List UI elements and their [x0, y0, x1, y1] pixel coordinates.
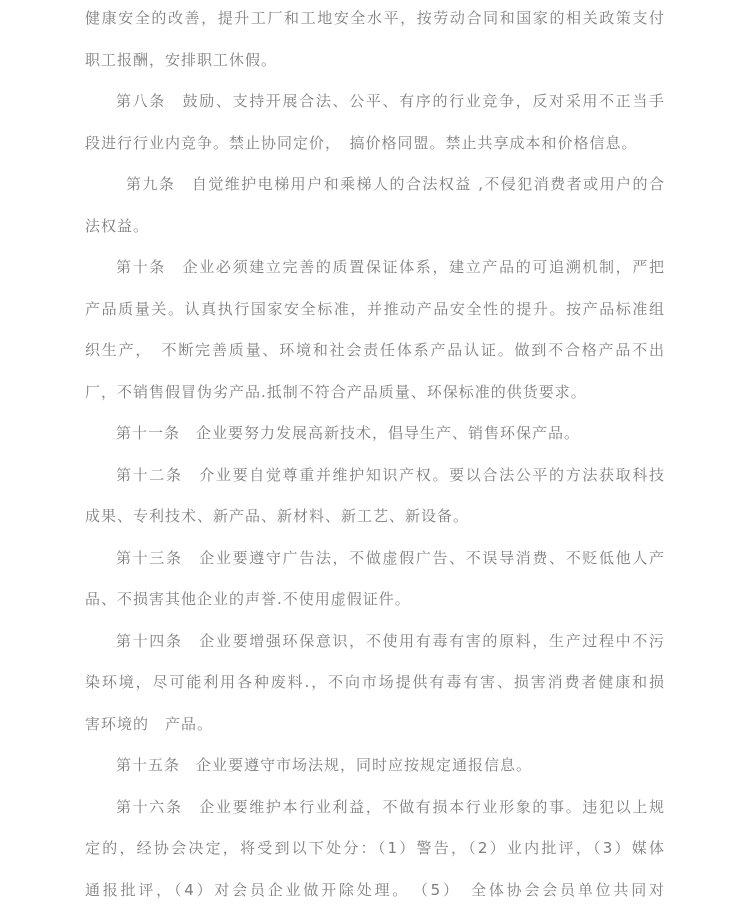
- text-line: 段进行行业内竞争。禁止协同定价， 搞价格同盟。禁止共享成本和价格信息。: [85, 123, 665, 165]
- article-12-line: 第十二条 介业要自觉尊重并维护知识产权。要以合法公平的方法获取科技: [85, 455, 665, 497]
- text-line: 定的，经协会决定，将受到以下处分：（1）警告，（2）业内批评，（3）媒体: [85, 828, 665, 870]
- article-13-line: 第十三条 企业要遵守广告法，不做虚假广告、不误导消费、不贬低他人产: [85, 538, 665, 580]
- text-line: 产品质量关。认真执行国家安全标准，并推动产品安全性的提升。按产品标准组: [85, 289, 665, 331]
- document-page: 健康安全的改善，提升工厂和工地安全水平，按劳动合同和国家的相关政策支付 职工报酬…: [0, 0, 751, 909]
- text-line: 通报批评，（4）对会员企业做开除处理。 （5） 全体协会会员单位共同对: [85, 870, 665, 911]
- text-line: 厂，不销售假冒伪劣产品.抵制不符合产品质量、环保标准的供货要求。: [85, 372, 665, 414]
- article-16-line: 第十六条 企业要维护本行业利益，不做有损本行业形象的事。违犯以上规: [85, 787, 665, 829]
- text-line: 品、不损害其他企业的声誉.不使用虚假证件。: [85, 579, 665, 621]
- article-14-line: 第十四条 企业要增强环保意识，不使用有毒有害的原料，生产过程中不污: [85, 621, 665, 663]
- text-line: 健康安全的改善，提升工厂和工地安全水平，按劳动合同和国家的相关政策支付: [85, 0, 665, 40]
- text-line: 害环境的 产品。: [85, 704, 665, 746]
- text-line: 成果、专利技术、新产品、新材料、新工艺、新设备。: [85, 496, 665, 538]
- text-line: 法权益。: [85, 206, 665, 248]
- text-line: 织生产， 不断完善质量、环境和社会责任体系产品认证。做到不合格产品不出: [85, 330, 665, 372]
- article-9-line: 第九条 自觉维护电梯用户和乘梯人的合法权益 ,不侵犯消费者或用户的合: [85, 164, 665, 206]
- text-line: 职工报酬，安排职工休假。: [85, 40, 665, 82]
- text-line: 染环境，尽可能利用各种废料.，不向市场提供有毒有害、损害消费者健康和损: [85, 662, 665, 704]
- article-10-line: 第十条 企业必须建立完善的质置保证体系，建立产品的可追溯机制，严把: [85, 247, 665, 289]
- article-15-line: 第十五条 企业要遵守市场法规，同时应按规定通报信息。: [85, 745, 665, 787]
- article-8-line: 第八条 鼓励、支持开展合法、公平、有序的行业竞争，反对采用不正当手: [85, 81, 665, 123]
- article-11-line: 第十一条 企业要努力发展高新技术，倡导生产、销售环保产品。: [85, 413, 665, 455]
